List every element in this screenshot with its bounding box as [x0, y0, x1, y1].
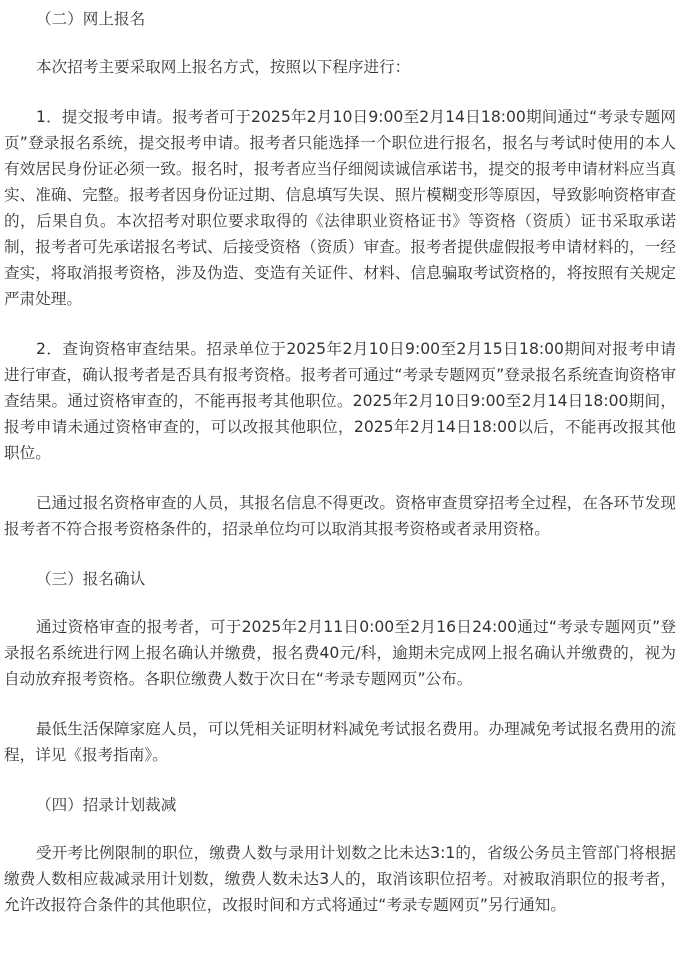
- section-heading-online-registration: （二）网上报名: [4, 6, 676, 32]
- paragraph-review-note: 已通过报名资格审查的人员，其报名信息不得更改。资格审查贯穿招考全过程，在各环节发…: [4, 490, 676, 542]
- paragraph-confirmation-payment: 通过资格审查的报考者，可于2025年2月11日0:00至2月16日24:00通过…: [4, 614, 676, 692]
- paragraph-intro: 本次招考主要采取网上报名方式，按照以下程序进行：: [4, 54, 676, 80]
- paragraph-fee-waiver: 最低生活保障家庭人员，可以凭相关证明材料减免考试报名费用。办理减免考试报名费用的…: [4, 716, 676, 768]
- paragraph-query-review-result: 2．查询资格审查结果。招录单位于2025年2月10日9:00至2月15日18:0…: [4, 336, 676, 466]
- section-heading-registration-confirmation: （三）报名确认: [4, 566, 676, 592]
- paragraph-plan-reduction: 受开考比例限制的职位，缴费人数与录用计划数之比未达3:1的，省级公务员主管部门将…: [4, 840, 676, 918]
- document-body: （二）网上报名 本次招考主要采取网上报名方式，按照以下程序进行： 1．提交报考申…: [0, 0, 680, 918]
- section-heading-plan-reduction: （四）招录计划裁减: [4, 792, 676, 818]
- paragraph-submit-application: 1．提交报考申请。报考者可于2025年2月10日9:00至2月14日18:00期…: [4, 104, 676, 312]
